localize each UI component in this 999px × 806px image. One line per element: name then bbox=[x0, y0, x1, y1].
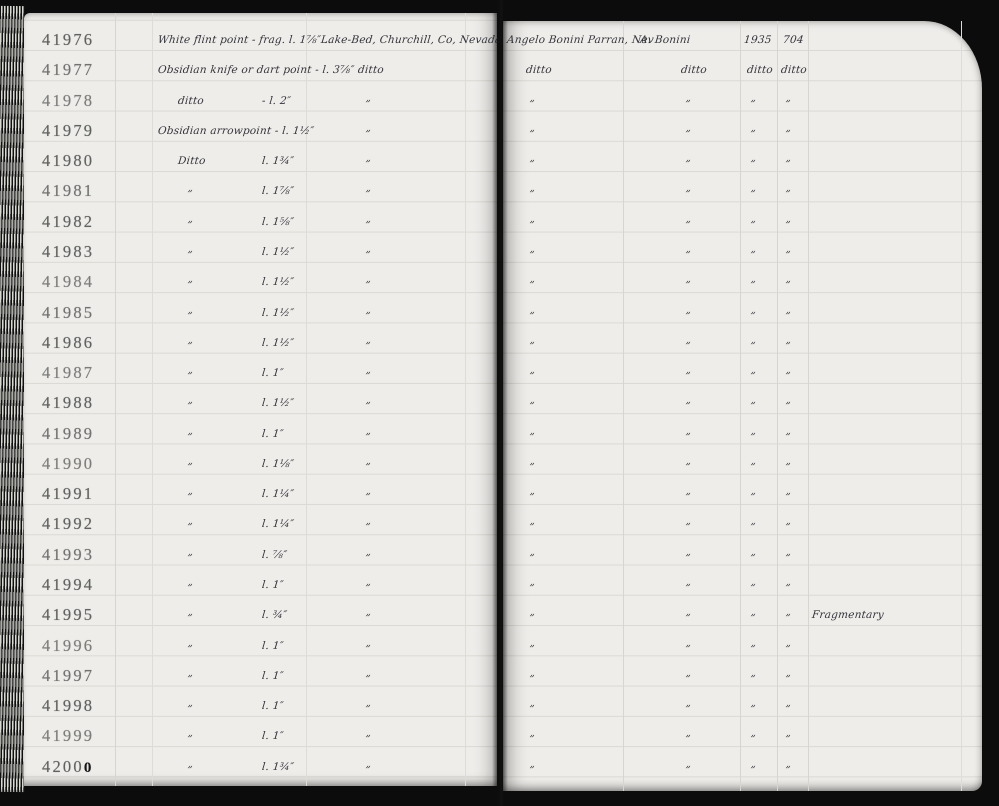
locality-ditto-mark: „ bbox=[365, 183, 372, 194]
collector: ditto bbox=[525, 64, 552, 76]
collector-ditto-mark: „ bbox=[529, 93, 536, 104]
collector-ditto-mark: „ bbox=[529, 668, 536, 679]
measurement: l. 1″ bbox=[261, 730, 284, 742]
collector-ditto-mark: „ bbox=[529, 577, 536, 588]
measurement: l. 1¼″ bbox=[261, 488, 294, 500]
measurement: - l. 2″ bbox=[261, 95, 291, 107]
accession-number-ditto-mark: „ bbox=[785, 335, 792, 346]
description: ditto bbox=[177, 95, 204, 107]
accession-number-ditto-mark: „ bbox=[785, 365, 792, 376]
year: 1935 bbox=[743, 34, 772, 46]
year-ditto-mark: „ bbox=[750, 123, 757, 134]
description-ditto-mark: „ bbox=[187, 668, 194, 679]
donor: A. Bonini bbox=[639, 34, 691, 46]
donor-ditto-mark: „ bbox=[685, 486, 692, 497]
catalog-number: 41995 bbox=[42, 605, 94, 625]
catalog-number: 41977 bbox=[42, 60, 94, 80]
catalog-number: 41982 bbox=[42, 212, 94, 232]
donor-ditto-mark: „ bbox=[685, 516, 692, 527]
locality-ditto-mark: „ bbox=[365, 335, 372, 346]
donor-ditto-mark: „ bbox=[685, 607, 692, 618]
accession-number-ditto-mark: „ bbox=[785, 183, 792, 194]
accession-number-ditto-mark: „ bbox=[785, 577, 792, 588]
locality-ditto-mark: „ bbox=[365, 516, 372, 527]
catalog-number: 41998 bbox=[42, 696, 94, 716]
measurement: l. 1½″ bbox=[261, 246, 294, 258]
donor-ditto-mark: „ bbox=[685, 698, 692, 709]
collector-ditto-mark: „ bbox=[529, 395, 536, 406]
accession-number-ditto-mark: „ bbox=[785, 426, 792, 437]
locality-ditto-mark: „ bbox=[365, 698, 372, 709]
measurement: l. 1″ bbox=[261, 670, 284, 682]
measurement: l. 1¾″ bbox=[261, 761, 294, 773]
catalog-number: 41984 bbox=[42, 272, 94, 292]
description-ditto-mark: „ bbox=[187, 547, 194, 558]
year-ditto-mark: „ bbox=[750, 728, 757, 739]
description: Obsidian arrowpoint - l. 1½″ bbox=[157, 125, 314, 137]
description: Ditto bbox=[177, 155, 206, 167]
donor-ditto-mark: „ bbox=[685, 244, 692, 255]
donor-ditto-mark: „ bbox=[685, 668, 692, 679]
accession-number-ditto-mark: „ bbox=[785, 456, 792, 467]
locality-ditto-mark: „ bbox=[365, 728, 372, 739]
collector: Angelo Bonini Parran, Nev bbox=[506, 34, 654, 46]
catalog-number: 41976 bbox=[42, 30, 94, 50]
description-ditto-mark: „ bbox=[187, 486, 194, 497]
collector-ditto-mark: „ bbox=[529, 214, 536, 225]
catalog-number: 41987 bbox=[42, 363, 94, 383]
book-gutter bbox=[492, 0, 508, 806]
accession-number-ditto-mark: „ bbox=[785, 607, 792, 618]
measurement: l. 1½″ bbox=[261, 397, 294, 409]
locality-ditto-mark: „ bbox=[365, 607, 372, 618]
handwritten-digit: 0 bbox=[84, 760, 92, 776]
locality-ditto-mark: „ bbox=[365, 305, 372, 316]
accession-number-ditto-mark: „ bbox=[785, 214, 792, 225]
collector-ditto-mark: „ bbox=[529, 183, 536, 194]
measurement: l. 1″ bbox=[261, 640, 284, 652]
remark: Fragmentary bbox=[811, 609, 884, 621]
description-ditto-mark: „ bbox=[187, 607, 194, 618]
measurement: l. 1½″ bbox=[261, 276, 294, 288]
description-ditto-mark: „ bbox=[187, 183, 194, 194]
collector-ditto-mark: „ bbox=[529, 607, 536, 618]
accession-number-ditto-mark: „ bbox=[785, 486, 792, 497]
year-ditto-mark: „ bbox=[750, 668, 757, 679]
year-ditto-mark: „ bbox=[750, 698, 757, 709]
description-ditto-mark: „ bbox=[187, 305, 194, 316]
year-ditto-mark: „ bbox=[750, 335, 757, 346]
locality-ditto-mark: „ bbox=[365, 274, 372, 285]
description-ditto-mark: „ bbox=[187, 244, 194, 255]
collector-ditto-mark: „ bbox=[529, 759, 536, 770]
year-ditto-mark: „ bbox=[750, 305, 757, 316]
donor-ditto-mark: „ bbox=[685, 426, 692, 437]
year-ditto-mark: „ bbox=[750, 274, 757, 285]
year-ditto-mark: „ bbox=[750, 214, 757, 225]
description-ditto-mark: „ bbox=[187, 214, 194, 225]
accession-number-ditto-mark: „ bbox=[785, 728, 792, 739]
measurement: l. 1″ bbox=[261, 367, 284, 379]
accession-number-ditto-mark: „ bbox=[785, 516, 792, 527]
donor-ditto-mark: „ bbox=[685, 153, 692, 164]
collector-ditto-mark: „ bbox=[529, 426, 536, 437]
locality-ditto-mark: „ bbox=[365, 93, 372, 104]
donor-ditto-mark: „ bbox=[685, 759, 692, 770]
collector-ditto-mark: „ bbox=[529, 516, 536, 527]
year-ditto-mark: „ bbox=[750, 153, 757, 164]
accession-number-ditto-mark: „ bbox=[785, 305, 792, 316]
measurement: l. 1¼″ bbox=[261, 518, 294, 530]
collector-ditto-mark: „ bbox=[529, 335, 536, 346]
measurement: l. 1⅝″ bbox=[261, 216, 294, 228]
collector-ditto-mark: „ bbox=[529, 153, 536, 164]
catalog-number: 41992 bbox=[42, 514, 94, 534]
year-ditto-mark: „ bbox=[750, 607, 757, 618]
catalog-number: 41994 bbox=[42, 575, 94, 595]
year-ditto-mark: „ bbox=[750, 395, 757, 406]
collector-ditto-mark: „ bbox=[529, 244, 536, 255]
catalog-number: 41980 bbox=[42, 151, 94, 171]
accession-number-ditto-mark: „ bbox=[785, 93, 792, 104]
locality-ditto-mark: „ bbox=[365, 244, 372, 255]
locality-ditto-mark: „ bbox=[365, 668, 372, 679]
collector-ditto-mark: „ bbox=[529, 274, 536, 285]
description-ditto-mark: „ bbox=[187, 335, 194, 346]
accession-number: ditto bbox=[780, 64, 807, 76]
year-ditto-mark: „ bbox=[750, 456, 757, 467]
locality-ditto-mark: „ bbox=[365, 638, 372, 649]
accession-number-ditto-mark: „ bbox=[785, 274, 792, 285]
locality: ditto bbox=[357, 64, 384, 76]
description-ditto-mark: „ bbox=[187, 698, 194, 709]
catalog-number: 41991 bbox=[42, 484, 94, 504]
collector-ditto-mark: „ bbox=[529, 305, 536, 316]
donor: ditto bbox=[680, 64, 707, 76]
year-ditto-mark: „ bbox=[750, 365, 757, 376]
donor-ditto-mark: „ bbox=[685, 456, 692, 467]
accession-number-ditto-mark: „ bbox=[785, 123, 792, 134]
donor-ditto-mark: „ bbox=[685, 547, 692, 558]
donor-ditto-mark: „ bbox=[685, 183, 692, 194]
year: ditto bbox=[746, 64, 773, 76]
donor-ditto-mark: „ bbox=[685, 395, 692, 406]
collector-ditto-mark: „ bbox=[529, 456, 536, 467]
catalog-number: 41993 bbox=[42, 545, 94, 565]
locality-ditto-mark: „ bbox=[365, 577, 372, 588]
description-ditto-mark: „ bbox=[187, 456, 194, 467]
accession-number-ditto-mark: „ bbox=[785, 244, 792, 255]
catalog-number: 41989 bbox=[42, 424, 94, 444]
locality-ditto-mark: „ bbox=[365, 365, 372, 376]
description-ditto-mark: „ bbox=[187, 638, 194, 649]
donor-ditto-mark: „ bbox=[685, 214, 692, 225]
locality-ditto-mark: „ bbox=[365, 547, 372, 558]
measurement: l. 1⅛″ bbox=[261, 458, 294, 470]
year-ditto-mark: „ bbox=[750, 426, 757, 437]
catalog-number: 41990 bbox=[42, 454, 94, 474]
collector-ditto-mark: „ bbox=[529, 698, 536, 709]
year-ditto-mark: „ bbox=[750, 577, 757, 588]
locality: Lake-Bed, Churchill, Co, Nevada bbox=[320, 34, 502, 46]
measurement: l. 1″ bbox=[261, 428, 284, 440]
catalog-number: 41983 bbox=[42, 242, 94, 262]
catalog-number: 41985 bbox=[42, 303, 94, 323]
collector-ditto-mark: „ bbox=[529, 638, 536, 649]
measurement: l. 1″ bbox=[261, 579, 284, 591]
locality-ditto-mark: „ bbox=[365, 214, 372, 225]
year-ditto-mark: „ bbox=[750, 183, 757, 194]
description: Obsidian knife or dart point - l. 3⅞″ bbox=[157, 64, 355, 76]
collector-ditto-mark: „ bbox=[529, 547, 536, 558]
accession-number-ditto-mark: „ bbox=[785, 547, 792, 558]
locality-ditto-mark: „ bbox=[365, 759, 372, 770]
accession-number-ditto-mark: „ bbox=[785, 153, 792, 164]
year-ditto-mark: „ bbox=[750, 759, 757, 770]
description-ditto-mark: „ bbox=[187, 274, 194, 285]
accession-number: 704 bbox=[782, 34, 804, 46]
locality-ditto-mark: „ bbox=[365, 153, 372, 164]
donor-ditto-mark: „ bbox=[685, 123, 692, 134]
year-ditto-mark: „ bbox=[750, 93, 757, 104]
measurement: l. ⅞″ bbox=[261, 549, 287, 561]
catalog-number: 41981 bbox=[42, 181, 94, 201]
locality-ditto-mark: „ bbox=[365, 426, 372, 437]
year-ditto-mark: „ bbox=[750, 244, 757, 255]
ledger-scan: 41976White flint point - frag. l. 1⅞″ ..… bbox=[0, 0, 999, 806]
collector-ditto-mark: „ bbox=[529, 365, 536, 376]
measurement: l. 1″ bbox=[261, 700, 284, 712]
measurement: l. ¾″ bbox=[261, 609, 287, 621]
catalog-number: 42000 bbox=[42, 757, 91, 777]
description-ditto-mark: „ bbox=[187, 728, 194, 739]
measurement: l. 1¾″ bbox=[261, 155, 294, 167]
catalog-number: 41978 bbox=[42, 91, 94, 111]
donor-ditto-mark: „ bbox=[685, 638, 692, 649]
description-ditto-mark: „ bbox=[187, 365, 194, 376]
collector-ditto-mark: „ bbox=[529, 123, 536, 134]
catalog-number: 41996 bbox=[42, 636, 94, 656]
accession-number-ditto-mark: „ bbox=[785, 395, 792, 406]
year-ditto-mark: „ bbox=[750, 486, 757, 497]
measurement: l. 1⅞″ bbox=[261, 185, 294, 197]
description-ditto-mark: „ bbox=[187, 759, 194, 770]
accession-number-ditto-mark: „ bbox=[785, 638, 792, 649]
donor-ditto-mark: „ bbox=[685, 365, 692, 376]
donor-ditto-mark: „ bbox=[685, 728, 692, 739]
catalog-number: 41986 bbox=[42, 333, 94, 353]
description: White flint point - frag. l. 1⅞″ .. bbox=[157, 34, 332, 46]
donor-ditto-mark: „ bbox=[685, 305, 692, 316]
locality-ditto-mark: „ bbox=[365, 123, 372, 134]
accession-number-ditto-mark: „ bbox=[785, 759, 792, 770]
description-ditto-mark: „ bbox=[187, 577, 194, 588]
donor-ditto-mark: „ bbox=[685, 93, 692, 104]
donor-ditto-mark: „ bbox=[685, 335, 692, 346]
description-ditto-mark: „ bbox=[187, 516, 194, 527]
locality-ditto-mark: „ bbox=[365, 456, 372, 467]
locality-ditto-mark: „ bbox=[365, 486, 372, 497]
measurement: l. 1½″ bbox=[261, 307, 294, 319]
catalog-number: 41999 bbox=[42, 726, 94, 746]
year-ditto-mark: „ bbox=[750, 638, 757, 649]
year-ditto-mark: „ bbox=[750, 516, 757, 527]
description-ditto-mark: „ bbox=[187, 426, 194, 437]
donor-ditto-mark: „ bbox=[685, 274, 692, 285]
catalog-number: 41997 bbox=[42, 666, 94, 686]
description-ditto-mark: „ bbox=[187, 395, 194, 406]
catalog-number: 41979 bbox=[42, 121, 94, 141]
measurement: l. 1½″ bbox=[261, 337, 294, 349]
locality-ditto-mark: „ bbox=[365, 395, 372, 406]
year-ditto-mark: „ bbox=[750, 547, 757, 558]
accession-number-ditto-mark: „ bbox=[785, 698, 792, 709]
collector-ditto-mark: „ bbox=[529, 486, 536, 497]
accession-number-ditto-mark: „ bbox=[785, 668, 792, 679]
catalog-number: 41988 bbox=[42, 393, 94, 413]
collector-ditto-mark: „ bbox=[529, 728, 536, 739]
donor-ditto-mark: „ bbox=[685, 577, 692, 588]
